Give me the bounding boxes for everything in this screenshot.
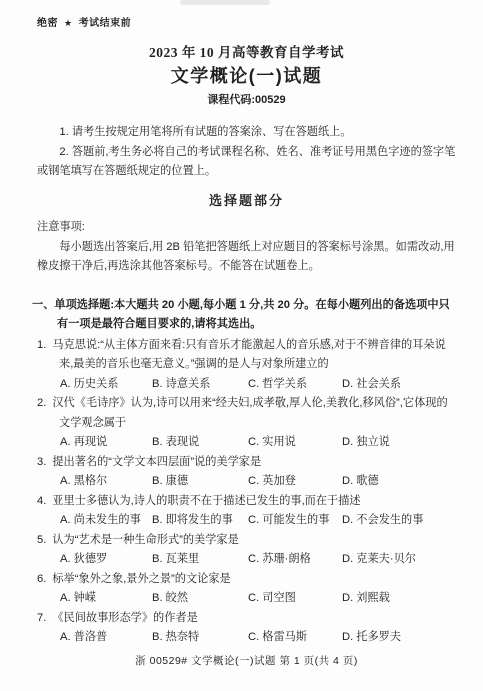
option-c: C. 格雷马斯: [248, 628, 342, 648]
options-row: A. 狄德罗 B. 瓦莱里 C. 苏珊·朗格 D. 克莱夫·贝尔: [37, 550, 456, 570]
question-number: 6.: [37, 573, 46, 585]
option-d: D. 克莱夫·贝尔: [342, 550, 456, 570]
question-text: 《民间故事形态学》的作者是: [52, 612, 197, 624]
options-row: A. 再现说 B. 表现说 C. 实用说 D. 独立说: [37, 433, 456, 453]
option-c: C. 实用说: [248, 433, 342, 453]
classification-level: 绝密: [37, 14, 58, 34]
option-a: A. 钟嵘: [60, 589, 152, 609]
instruction-item-2: 2. 答题前,考生务必将自己的考试课程名称、姓名、准考证号用黑色字迹的签字笔或钢…: [37, 143, 456, 182]
question-item-6: 6.标举“象外之象,景外之景”的文论家是 A. 钟嵘 B. 皎然 C. 司空图 …: [37, 570, 456, 609]
options-row: A. 尚未发生的事 B. 即将发生的事 C. 可能发生的事 D. 不会发生的事: [37, 511, 456, 531]
exam-session-title: 2023 年 10 月高等教育自学考试: [37, 43, 456, 63]
question-list: 1.马克思说:“从主体方面来看:只有音乐才能激起人的音乐感,对于不辨音律的耳朵说…: [37, 336, 456, 648]
part-title: 选择题部分: [37, 191, 456, 211]
question-text: 标举“象外之象,景外之景”的文论家是: [52, 573, 230, 585]
star-icon: ★: [64, 14, 73, 34]
question-stem: 6.标举“象外之象,景外之景”的文论家是: [37, 570, 456, 590]
exam-paper-page: 绝密 ★ 考试结束前 2023 年 10 月高等教育自学考试 文学概论(一)试题…: [0, 0, 483, 691]
option-d: D. 歌德: [342, 472, 456, 492]
question-item-7: 7.《民间故事形态学》的作者是 A. 普洛普 B. 热奈特 C. 格雷马斯 D.…: [37, 609, 456, 648]
question-text: 马克思说:“从主体方面来看:只有音乐才能激起人的音乐感,对于不辨音律的耳朵说来,…: [52, 339, 445, 371]
question-number: 3.: [37, 456, 46, 468]
option-a: A. 尚未发生的事: [60, 511, 152, 531]
option-b: B. 诗意关系: [152, 375, 248, 395]
course-code: 课程代码:00529: [37, 91, 456, 111]
option-a: A. 历史关系: [60, 375, 152, 395]
question-number: 5.: [37, 534, 46, 546]
option-b: B. 表现说: [152, 433, 248, 453]
question-number: 4.: [37, 495, 46, 507]
option-a: A. 黑格尔: [60, 472, 152, 492]
question-item-2: 2.汉代《毛诗序》认为,诗可以用来“经夫妇,成孝敬,厚人伦,美教化,移风俗”,它…: [37, 394, 456, 453]
options-row: A. 黑格尔 B. 康德 C. 英加登 D. 歌德: [37, 472, 456, 492]
notes-label: 注意事项:: [37, 218, 456, 238]
option-a: A. 再现说: [60, 433, 152, 453]
question-stem: 5.认为“艺术是一种生命形式”的美学家是: [37, 531, 456, 551]
option-b: B. 热奈特: [152, 628, 248, 648]
option-d: D. 社会关系: [342, 375, 456, 395]
paper-title: 文学概论(一)试题: [37, 67, 456, 87]
question-stem: 1.马克思说:“从主体方面来看:只有音乐才能激起人的音乐感,对于不辨音律的耳朵说…: [37, 336, 456, 375]
option-d: D. 托多罗夫: [342, 628, 456, 648]
section-one-heading: 一、单项选择题:本大题共 20 小题,每小题 1 分,共 20 分。在每小题列出…: [32, 296, 456, 335]
question-number: 2.: [37, 397, 46, 409]
options-row: A. 历史关系 B. 诗意关系 C. 哲学关系 D. 社会关系: [37, 375, 456, 395]
option-a: A. 普洛普: [60, 628, 152, 648]
question-stem: 2.汉代《毛诗序》认为,诗可以用来“经夫妇,成孝敬,厚人伦,美教化,移风俗”,它…: [37, 394, 456, 433]
notes-section: 注意事项: 每小题选出答案后,用 2B 铅笔把答题纸上对应题目的答案标号涂黑。如…: [37, 218, 456, 277]
question-text: 认为“艺术是一种生命形式”的美学家是: [52, 534, 238, 546]
option-d: D. 刘熙载: [342, 589, 456, 609]
instruction-item-1: 1. 请考生按规定用笔将所有试题的答案涂、写在答题纸上。: [37, 123, 456, 143]
options-row: A. 普洛普 B. 热奈特 C. 格雷马斯 D. 托多罗夫: [37, 628, 456, 648]
question-item-3: 3.提出著名的“文学文本四层面”说的美学家是 A. 黑格尔 B. 康德 C. 英…: [37, 453, 456, 492]
option-b: B. 即将发生的事: [152, 511, 248, 531]
question-stem: 4.亚里士多德认为,诗人的职责不在于描述已发生的事,而在于描述: [37, 492, 456, 512]
security-classification: 绝密 ★ 考试结束前: [37, 14, 131, 34]
option-d: D. 不会发生的事: [342, 511, 456, 531]
question-item-5: 5.认为“艺术是一种生命形式”的美学家是 A. 狄德罗 B. 瓦莱里 C. 苏珊…: [37, 531, 456, 570]
classification-note: 考试结束前: [79, 14, 132, 34]
option-c: C. 英加登: [248, 472, 342, 492]
option-d: D. 独立说: [342, 433, 456, 453]
paper-header: 2023 年 10 月高等教育自学考试 文学概论(一)试题 课程代码:00529: [37, 43, 456, 111]
scan-artifact: [180, 0, 270, 5]
question-number: 7.: [37, 612, 46, 624]
question-item-4: 4.亚里士多德认为,诗人的职责不在于描述已发生的事,而在于描述 A. 尚未发生的…: [37, 492, 456, 531]
option-b: B. 皎然: [152, 589, 248, 609]
option-c: C. 苏珊·朗格: [248, 550, 342, 570]
question-text: 汉代《毛诗序》认为,诗可以用来“经夫妇,成孝敬,厚人伦,美教化,移风俗”,它体现…: [52, 397, 447, 429]
options-row: A. 钟嵘 B. 皎然 C. 司空图 D. 刘熙载: [37, 589, 456, 609]
page-footer: 浙 00529# 文学概论(一)试题 第 1 页(共 4 页): [37, 652, 456, 672]
option-c: C. 哲学关系: [248, 375, 342, 395]
notes-body: 每小题选出答案后,用 2B 铅笔把答题纸上对应题目的答案标号涂黑。如需改动,用橡…: [37, 238, 456, 277]
question-stem: 7.《民间故事形态学》的作者是: [37, 609, 456, 629]
general-instructions: 1. 请考生按规定用笔将所有试题的答案涂、写在答题纸上。 2. 答题前,考生务必…: [37, 123, 456, 182]
option-c: C. 司空图: [248, 589, 342, 609]
question-number: 1.: [37, 339, 46, 351]
question-text: 亚里士多德认为,诗人的职责不在于描述已发生的事,而在于描述: [52, 495, 360, 507]
question-stem: 3.提出著名的“文学文本四层面”说的美学家是: [37, 453, 456, 473]
question-text: 提出著名的“文学文本四层面”说的美学家是: [52, 456, 261, 468]
question-item-1: 1.马克思说:“从主体方面来看:只有音乐才能激起人的音乐感,对于不辨音律的耳朵说…: [37, 336, 456, 395]
option-b: B. 康德: [152, 472, 248, 492]
option-a: A. 狄德罗: [60, 550, 152, 570]
option-c: C. 可能发生的事: [248, 511, 342, 531]
option-b: B. 瓦莱里: [152, 550, 248, 570]
